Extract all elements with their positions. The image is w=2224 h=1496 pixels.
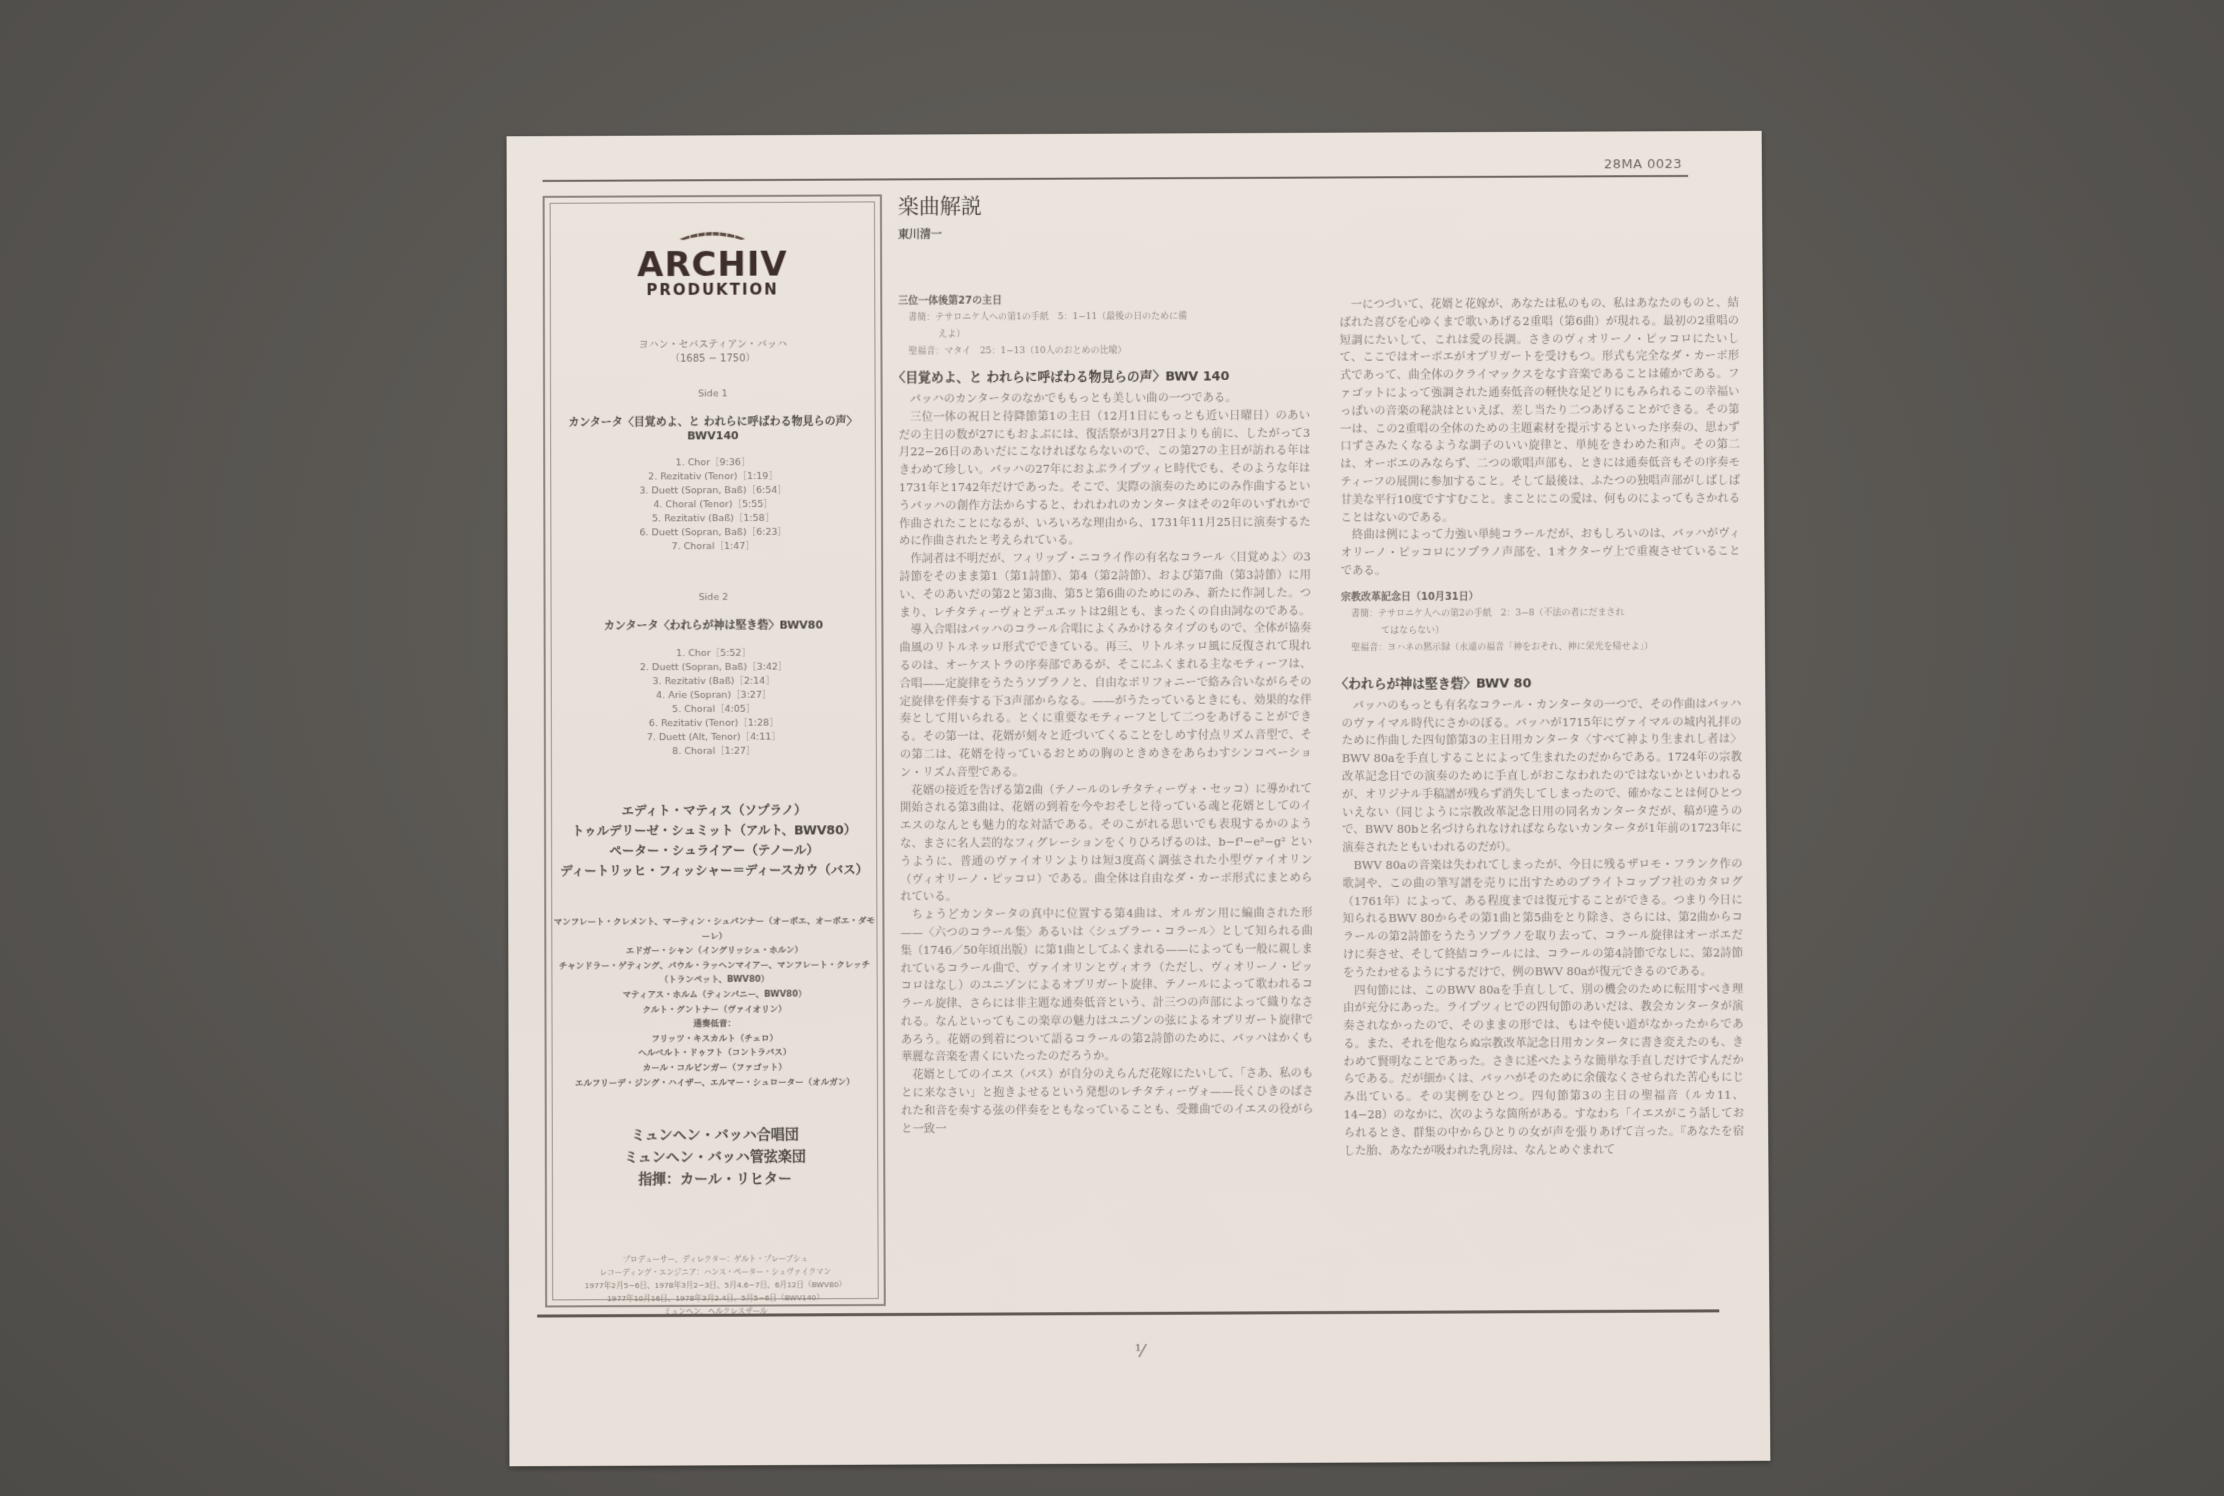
liner-notes-sheet: 28MA 0023 ARCHIV PRODUKTION ヨハン・セバスティアン・…	[507, 131, 1771, 1466]
instrumentalist: エドガー・シャン（イングリッシュ・ホルン）	[552, 943, 876, 959]
logo-produktion: PRODUKTION	[551, 280, 874, 299]
recording-credits: プロデューサー、ディレクター：ゲルト・プレーブシュレコーディング・エンジニア：ハ…	[553, 1252, 878, 1319]
track-item: 4. Choral (Tenor)［5:55］	[551, 497, 875, 512]
side-1-label: Side 1	[551, 388, 875, 400]
track-item: 2. Duett (Sopran, Baß)［3:42］	[552, 660, 876, 675]
track-item: 1. Chor［9:36］	[551, 456, 875, 471]
scripture-reading: 聖福音：ヨハネの黙示録（永遠の福音「神をおそれ、神に栄光を帰せよ」）	[1341, 638, 1741, 657]
composer-name: ヨハン・セバスティアン・バッハ	[551, 338, 875, 353]
instrumentalist: マティアス・ホルム（ティンパニー、BWV80）	[552, 987, 876, 1003]
ensemble: 指揮：カール・リヒター	[553, 1168, 877, 1191]
body-paragraph: バッハのもっとも有名なコラール・カンタータの一つで、その作曲はバッハのヴァイマル…	[1341, 695, 1742, 857]
cantata-heading-bwv140: 〈目覚めよ、と われらに呼ばわる物見らの声〉BWV 140	[892, 367, 1309, 389]
readings-list-2: 書簡：テサロニケ人への第2の手紙 2：3−8（不法の者にだまされてはならない）聖…	[1341, 604, 1741, 657]
archiv-emblem-icon	[675, 229, 749, 241]
body-paragraph: バッハのカンタータのなかでももっとも美しい曲の一つである。	[899, 389, 1310, 409]
ensembles-list: ミュンヘン・バッハ合唱団ミュンヘン・バッハ管弦楽団指揮：カール・リヒター	[553, 1124, 878, 1192]
side-2-label: Side 2	[552, 591, 876, 603]
track-item: 5. Choral［4:05］	[552, 702, 876, 717]
bottom-mark: ⅟	[509, 1339, 1770, 1364]
body-paragraph: 花婿としてのイエス（バス）が自分のえらんだ花嫁にたいして、「さあ、私のもとに来な…	[901, 1065, 1314, 1138]
logo-archiv: ARCHIV	[551, 246, 875, 283]
body-paragraph: 花婿の接近を告げる第2曲（テノールのレチタティーヴォ・セッコ）に導かれて開始され…	[900, 780, 1313, 906]
album-info-frame: ARCHIV PRODUKTION ヨハン・セバスティアン・バッハ （1685 …	[550, 201, 879, 1300]
readings-list: 書簡：テサロニケ人への第1の手紙 5：1−11（最後の日のために備えよ）聖福音：…	[898, 308, 1310, 361]
track-item: 8. Choral［1:27］	[552, 744, 876, 759]
track-item: 2. Rezitativ (Tenor)［1:19］	[551, 470, 875, 485]
body-paragraph: ちょうどカンタータの真中に位置する第4曲は、オルガン用に編曲された形——〈六つの…	[900, 904, 1313, 1066]
ensemble: ミュンヘン・バッハ管弦楽団	[553, 1146, 877, 1169]
notes-column-1: 三位一体後第27の主日 書簡：テサロニケ人への第1の手紙 5：1−11（最後の日…	[898, 292, 1313, 1138]
notes-title: 楽曲解説	[898, 190, 982, 220]
soloists-list: エディト・マティス（ソプラノ）トゥルデリーゼ・シュミット（アルト、BWV80）ペ…	[552, 800, 876, 881]
soloist: トゥルデリーゼ・シュミット（アルト、BWV80）	[552, 820, 876, 841]
side-1-cantata: カンタータ〈目覚めよ、と われらに呼ばわる物見らの声〉BWV140	[551, 413, 875, 443]
body-paragraph: 導入合唱はバッハのコラール合唱によくみかけるタイプのもので、全体が協奏曲風のリト…	[899, 620, 1312, 782]
instrumentalist: フリッツ・キスカルト（チェロ）	[553, 1031, 877, 1047]
instrumentalist: クルト・グントナー（ヴァイオリン）	[552, 1002, 876, 1018]
scripture-reading: 聖福音：マタイ 25：1−13（10人のおとめの比喩）	[898, 342, 1309, 361]
side-2-cantata: カンタータ〈われらが神は堅き砦〉BWV80	[552, 616, 876, 633]
track-item: 7. Choral［1:47］	[551, 539, 875, 554]
occasion-heading: 三位一体後第27の主日	[898, 292, 1309, 310]
side-2-tracklist: 1. Chor［5:52］2. Duett (Sopran, Baß)［3:42…	[552, 646, 876, 759]
instrumentalist: マンフレート・クレメント、マーティン・シュパンナー（オーボエ、オーボエ・ダモーレ…	[552, 914, 876, 945]
occasion-heading-2: 宗教改革記念日（10月31日）	[1341, 588, 1741, 606]
side-1-tracklist: 1. Chor［9:36］2. Rezitativ (Tenor)［1:19］3…	[551, 456, 875, 555]
instrumentalists-list: マンフレート・クレメント、マーティン・シュパンナー（オーボエ、オーボエ・ダモーレ…	[552, 914, 877, 1091]
soloist: ペーター・シュライアー（テノール）	[552, 840, 876, 861]
body-paragraph: 作詞者は不明だが、フィリップ・ニコライ作の有名なコラール〈目覚めよ〉の3詩節をそ…	[899, 549, 1311, 622]
body-paragraph: 三位一体の祝日と待降節第1の主日（12月1日にもっとも近い日曜日）のあいだの主日…	[899, 407, 1311, 551]
soloist: ディートリッヒ・フィッシャー＝ディースカウ（バス）	[552, 860, 876, 881]
composer-dates: （1685 − 1750）	[551, 352, 875, 367]
scripture-reading: てはならない）	[1341, 621, 1741, 640]
body-paragraph: 一につづいて、花婿と花嫁が、あなたは私のもの、私はあなたのものと、結ばれた喜びを…	[1339, 294, 1740, 526]
paragraphs-bwv140: バッハのカンタータのなかでももっとも美しい曲の一つである。三位一体の祝日と待降節…	[899, 389, 1314, 1138]
track-item: 3. Duett (Sopran, Baß)［6:54］	[551, 483, 875, 498]
paragraphs-bwv80: バッハのもっとも有名なコラール・カンタータの一つで、その作曲はバッハのヴァイマル…	[1341, 695, 1744, 1160]
ensemble: ミュンヘン・バッハ合唱団	[553, 1124, 877, 1147]
body-paragraph: 四旬節には、このBWV 80aを手直しして、別の機会のために転用すべき理由が充分…	[1343, 980, 1744, 1160]
body-paragraph: BWV 80aの音楽は失われてしまったが、今日に残るザロモ・フランク作の歌詞や、…	[1342, 855, 1743, 981]
instrumentalist: （トランペット、BWV80）	[552, 973, 876, 989]
instrumentalist: カール・コルビンガー（ファゴット）	[553, 1060, 877, 1076]
track-item: 4. Arie (Sopran)［3:27］	[552, 688, 876, 703]
cantata-heading-bwv80: 〈われらが神は堅き砦〉BWV 80	[1335, 673, 1741, 695]
track-item: 6. Duett (Sopran, Baß)［6:23］	[551, 525, 875, 540]
soloist: エディト・マティス（ソプラノ）	[552, 800, 876, 821]
track-item: 7. Duett (Alt, Tenor)［4:11］	[552, 730, 876, 745]
notes-author: 東川清一	[898, 226, 942, 242]
composer: ヨハン・セバスティアン・バッハ （1685 − 1750）	[551, 338, 875, 367]
album-info-panel: ARCHIV PRODUKTION ヨハン・セバスティアン・バッハ （1685 …	[543, 194, 886, 1307]
track-item: 5. Rezitativ (Baß)［1:58］	[551, 511, 875, 526]
instrumentalist: チャンドラー・ゲティング、パウル・ラッヘンマイアー、マンフレート・クレッチ	[552, 958, 876, 974]
scripture-reading: 書簡：テサロニケ人への第1の手紙 5：1−11（最後の日のために備	[898, 308, 1309, 327]
instrumentalist: 通奏低音：	[553, 1016, 877, 1032]
credit-line: 1977年2月5−6日、1978年3月2−3日、5月4.6−7日、6月12日（B…	[553, 1278, 878, 1292]
track-item: 3. Rezitativ (Baß)［2:14］	[552, 674, 876, 689]
catalog-number: 28MA 0023	[1604, 157, 1682, 172]
top-rule	[543, 175, 1689, 182]
track-item: 1. Chor［5:52］	[552, 646, 876, 661]
scripture-reading: 書簡：テサロニケ人への第2の手紙 2：3−8（不法の者にだまされ	[1341, 604, 1741, 623]
body-paragraph: 終曲は例によって力強い単純コラールだが、おもしろいのは、バッハがヴィオリーノ・ピ…	[1341, 525, 1741, 580]
track-item: 6. Rezitativ (Tenor)［1:28］	[552, 716, 876, 731]
instrumentalist: エルフリーデ・ジング・ハイザー、エルマー・シュローター（オルガン）	[553, 1075, 877, 1091]
notes-column-2: 一につづいて、花婿と花嫁が、あなたは私のもの、私はあなたのものと、結ばれた喜びを…	[1339, 294, 1744, 1160]
instrumentalist: ヘルベルト・ドゥフト（コントラバス）	[553, 1046, 877, 1062]
paragraphs-bwv140-cont: 一につづいて、花婿と花嫁が、あなたは私のもの、私はあなたのものと、結ばれた喜びを…	[1339, 294, 1740, 580]
scripture-reading: えよ）	[898, 325, 1309, 344]
